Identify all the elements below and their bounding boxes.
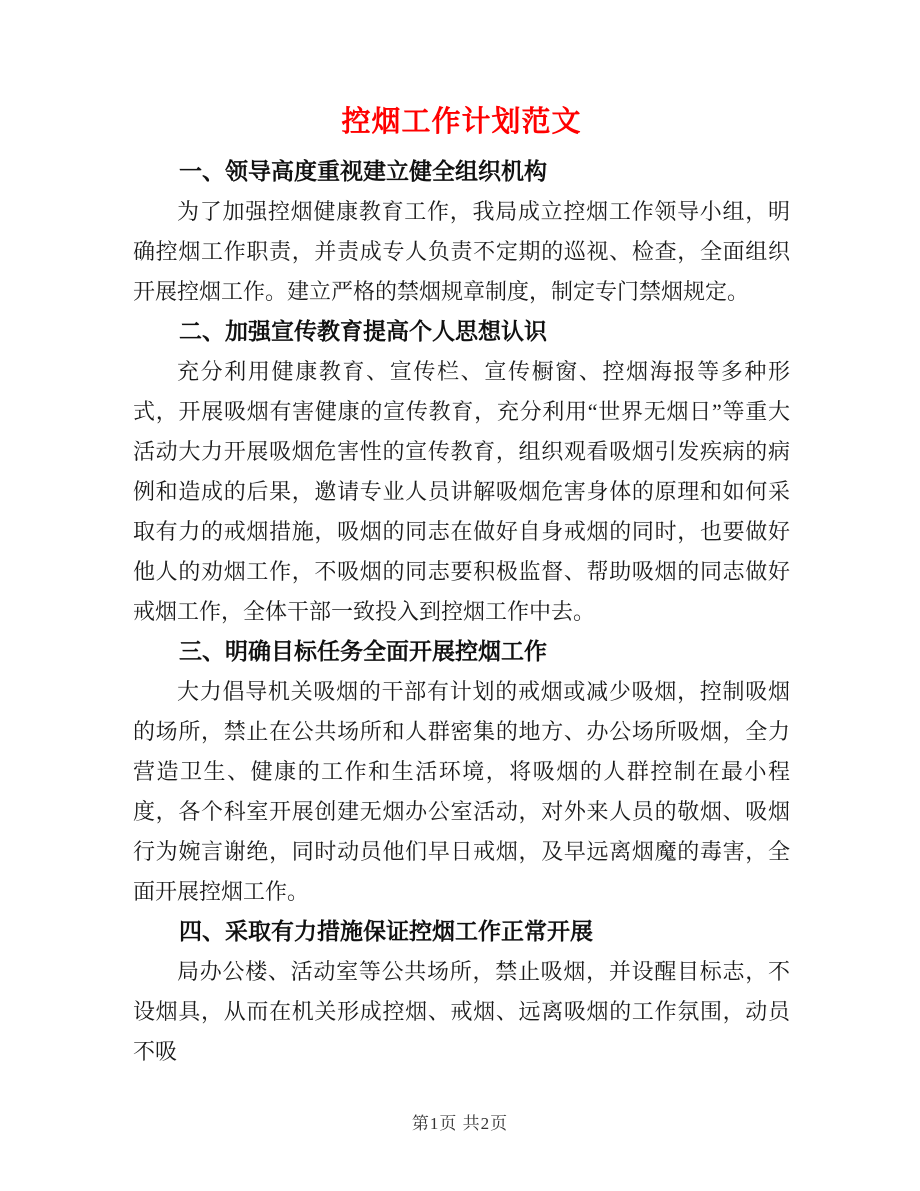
section-2: 二、加强宣传教育提高个人思想认识 充分利用健康教育、宣传栏、宣传橱窗、控烟海报等… — [133, 312, 790, 632]
section-4-heading: 四、采取有力措施保证控烟工作正常开展 — [133, 912, 790, 952]
section-1-heading: 一、领导高度重视建立健全组织机构 — [133, 152, 790, 192]
section-1: 一、领导高度重视建立健全组织机构 为了加强控烟健康教育工作，我局成立控烟工作领导… — [133, 152, 790, 312]
page-number-indicator: 第1页 共2页 — [0, 1109, 920, 1134]
section-4: 四、采取有力措施保证控烟工作正常开展 局办公楼、活动室等公共场所，禁止吸烟，并设… — [133, 912, 790, 1072]
document-page: 控烟工作计划范文 一、领导高度重视建立健全组织机构 为了加强控烟健康教育工作，我… — [0, 0, 920, 1191]
document-content: 控烟工作计划范文 一、领导高度重视建立健全组织机构 为了加强控烟健康教育工作，我… — [133, 0, 790, 1072]
section-3-paragraph: 大力倡导机关吸烟的干部有计划的戒烟或减少吸烟，控制吸烟的场所，禁止在公共场所和人… — [133, 672, 790, 912]
section-3-heading: 三、明确目标任务全面开展控烟工作 — [133, 632, 790, 672]
section-1-paragraph: 为了加强控烟健康教育工作，我局成立控烟工作领导小组，明确控烟工作职责，并责成专人… — [133, 192, 790, 312]
section-2-heading: 二、加强宣传教育提高个人思想认识 — [133, 312, 790, 352]
section-3: 三、明确目标任务全面开展控烟工作 大力倡导机关吸烟的干部有计划的戒烟或减少吸烟，… — [133, 632, 790, 912]
document-title: 控烟工作计划范文 — [133, 100, 790, 144]
section-4-paragraph: 局办公楼、活动室等公共场所，禁止吸烟，并设醒目标志，不设烟具，从而在机关形成控烟… — [133, 952, 790, 1072]
section-2-paragraph: 充分利用健康教育、宣传栏、宣传橱窗、控烟海报等多种形式，开展吸烟有害健康的宣传教… — [133, 352, 790, 632]
